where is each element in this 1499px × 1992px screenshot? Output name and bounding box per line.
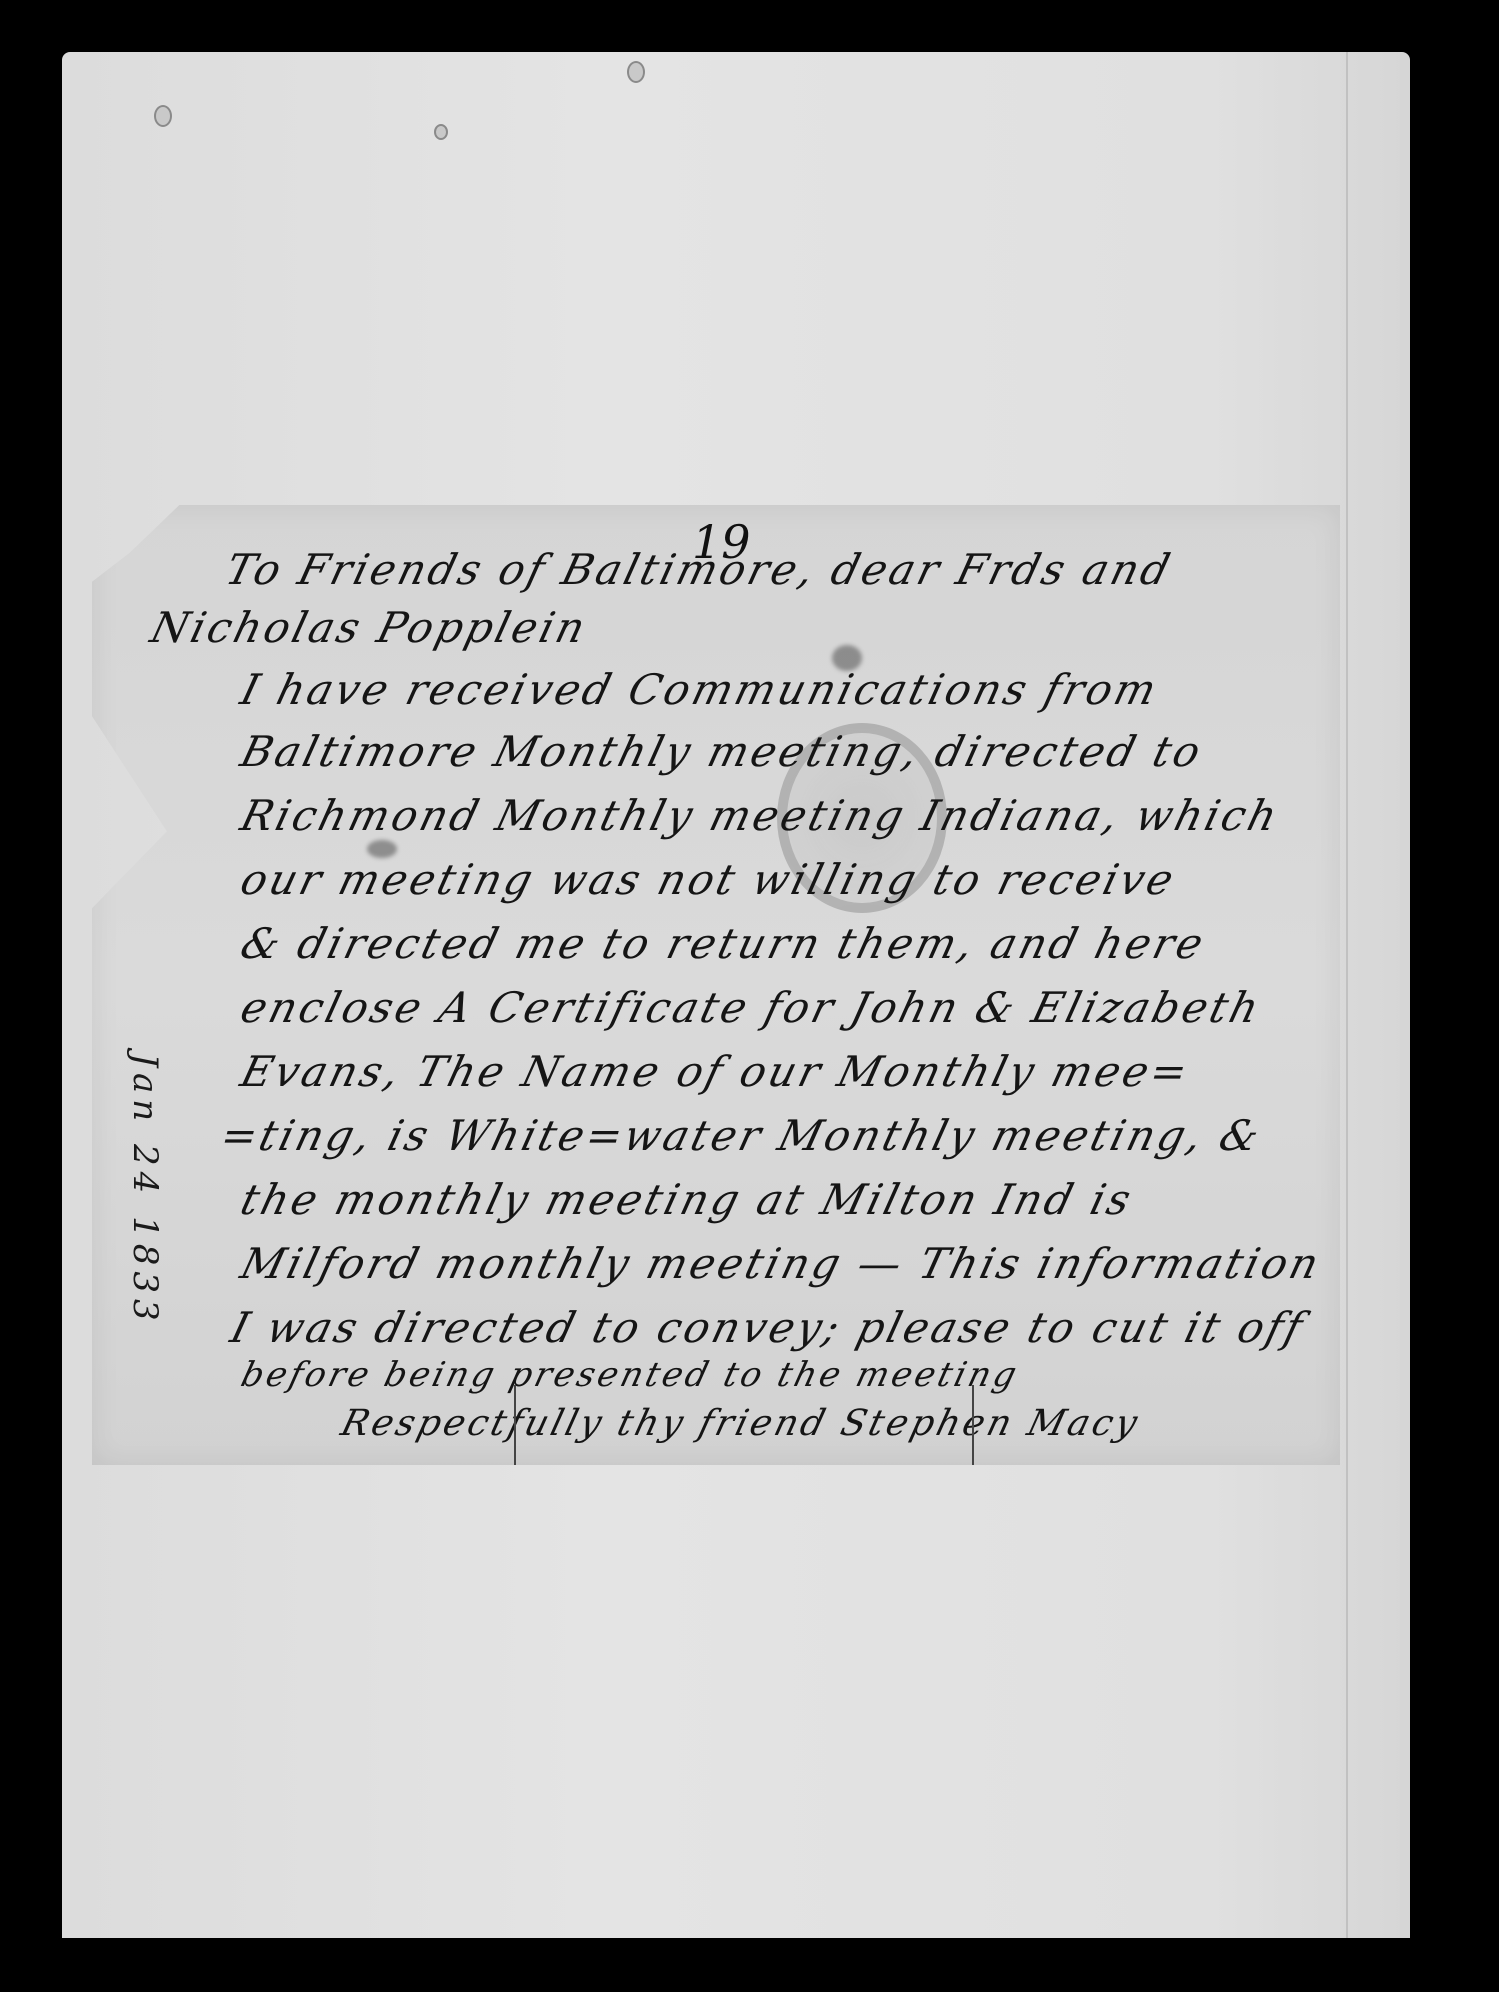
fold-line [972, 1385, 974, 1465]
letter-line-addressee: Nicholas Popplein [146, 603, 593, 652]
docket-date-annotation: Jan 24 1833 [125, 1050, 165, 1330]
letter-line: Richmond Monthly meeting Indiana, which [236, 791, 1285, 840]
letter-line: I was directed to convey; please to cut … [226, 1303, 1310, 1352]
letter-line: =ting, is White=water Monthly meeting, & [216, 1111, 1267, 1160]
punch-hole [434, 124, 448, 140]
letter-line: before being presented to the meeting [237, 1355, 1023, 1395]
letter-line: Milford monthly meeting — This informati… [236, 1239, 1327, 1288]
letter-sheet: 19 To Friends of Baltimore, dear Frds an… [92, 505, 1340, 1465]
letter-line: enclose A Certificate for John & Elizabe… [236, 983, 1267, 1032]
fold-line [514, 1385, 516, 1465]
letter-line: Evans, The Name of our Monthly mee= [236, 1047, 1195, 1096]
letter-line: the monthly meeting at Milton Ind is [236, 1175, 1139, 1224]
punch-hole [627, 61, 645, 83]
punch-hole [154, 105, 172, 127]
letter-line: our meeting was not willing to receive [236, 855, 1181, 904]
letter-line-salutation: To Friends of Baltimore, dear Frds and [221, 545, 1178, 594]
letter-line: Baltimore Monthly meeting, directed to [236, 727, 1208, 776]
letter-line: & directed me to return them, and here [236, 919, 1211, 968]
letter-line: I have received Communications from [236, 665, 1164, 714]
letter-closing-signature: Respectfully thy friend Stephen Macy [337, 1403, 1144, 1444]
